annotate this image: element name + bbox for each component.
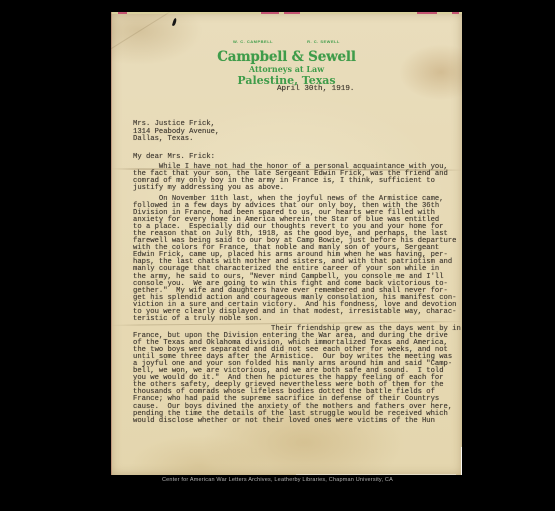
ink-blot-mark [172, 18, 177, 27]
firm-name: Campbell & Sewell [111, 50, 462, 64]
scan-edge-mark [284, 12, 300, 14]
scan-right-edge-artifact [461, 447, 462, 475]
letter-paragraph: Their friendship grew as the days went b… [133, 326, 461, 425]
partner-name-left: W. C. CAMPBELL [233, 39, 273, 44]
scan-edge-mark [261, 12, 279, 14]
scan-edge-mark [452, 12, 459, 14]
letterhead-partners: W. C. CAMPBELL R. C. SEWELL [111, 39, 462, 44]
letter-scan: W. C. CAMPBELL R. C. SEWELL Campbell & S… [111, 12, 462, 475]
letter-paragraph: On November 11th last, when the joyful n… [133, 196, 457, 323]
scan-edge-mark [118, 12, 127, 14]
recipient-address: Mrs. Justice Frick, 1314 Peabody Avenue,… [133, 121, 219, 144]
scan-bottom-edge-artifact [296, 474, 456, 475]
partner-name-right: R. C. SEWELL [307, 39, 340, 44]
archive-caption: Center for American War Letters Archives… [0, 477, 555, 483]
letter-date: April 30th, 1919. [277, 85, 354, 93]
letter-paragraph: While I have not had the honor of a pers… [133, 164, 448, 192]
letterhead: W. C. CAMPBELL R. C. SEWELL Campbell & S… [111, 39, 462, 87]
firm-subtitle: Attorneys at Law [111, 65, 462, 74]
archive-viewer-stage: W. C. CAMPBELL R. C. SEWELL Campbell & S… [0, 0, 555, 511]
salutation: My dear Mrs. Frick: [133, 153, 215, 161]
scan-edge-mark [417, 12, 437, 14]
